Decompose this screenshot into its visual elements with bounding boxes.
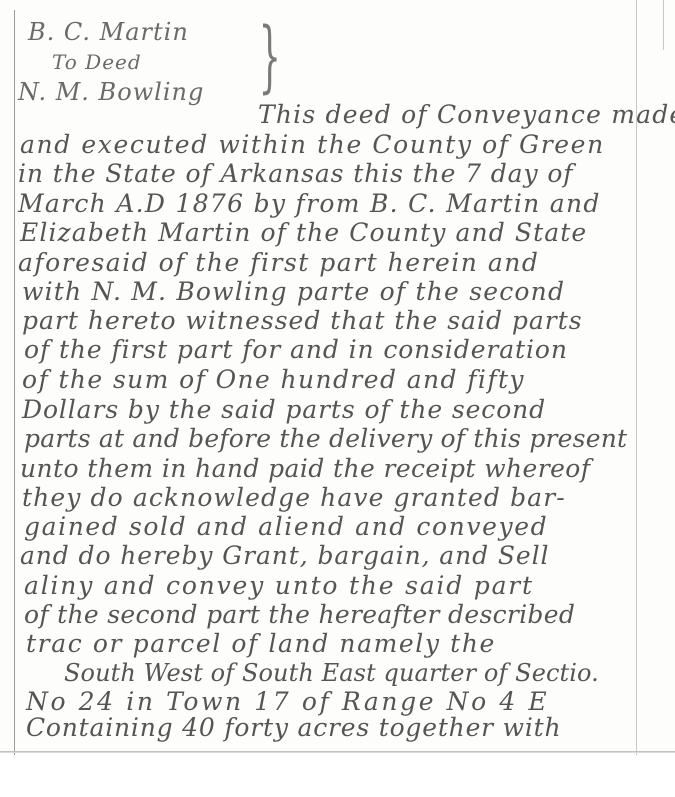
deed-line-3: in the State of Arkansas this the 7 day … (18, 160, 573, 188)
page-bottom-edge (0, 751, 675, 753)
scan-bottom-margin (0, 755, 675, 797)
deed-line-9: of the first part for and in considerati… (24, 336, 568, 364)
deed-line-1: This deed of Conveyance made (258, 101, 675, 129)
caption-grantor: B. C. Martin (28, 18, 189, 46)
deed-line-11: Dollars by the said parts of the second (22, 396, 546, 424)
deed-line-14: they do acknowledge have granted bar- (22, 484, 566, 512)
left-margin-line (14, 10, 15, 755)
deed-line-17: aliny and convey unto the said part (24, 572, 534, 600)
caption-grantee: N. M. Bowling (18, 78, 204, 106)
deed-line-19: trac or parcel of land namely the (26, 630, 496, 658)
deed-line-21: No 24 in Town 17 of Range No 4 E (26, 688, 549, 716)
deed-line-18: of the second part the hereafter describ… (24, 601, 575, 629)
deed-line-7: with N. M. Bowling parte of the second (22, 278, 565, 306)
right-edge-mark (663, 0, 664, 50)
caption-connector: To Deed (52, 48, 142, 76)
deed-line-16: and do hereby Grant, bargain, and Sell (20, 542, 549, 570)
scanned-deed-page: B. C. Martin To Deed N. M. Bowling } Thi… (0, 0, 675, 755)
deed-line-8: part hereto witnessed that the said part… (22, 307, 583, 335)
deed-line-15: gained sold and aliend and conveyed (24, 513, 548, 541)
deed-line-22: Containing 40 forty acres together with (26, 714, 561, 742)
deed-line-4: March A.D 1876 by from B. C. Martin and (18, 190, 601, 218)
deed-line-6: aforesaid of the first part herein and (18, 249, 539, 277)
deed-line-12: parts at and before the delivery of this… (24, 425, 627, 453)
deed-line-10: of the sum of One hundred and fifty (22, 366, 525, 394)
deed-line-20: South West of South East quarter of Sect… (64, 659, 599, 687)
deed-line-13: unto them in hand paid the receipt where… (20, 455, 590, 483)
deed-line-5: Elizabeth Martin of the County and State (20, 219, 587, 247)
caption-brace: } (259, 18, 281, 96)
deed-line-2: and executed within the County of Green (20, 131, 605, 159)
